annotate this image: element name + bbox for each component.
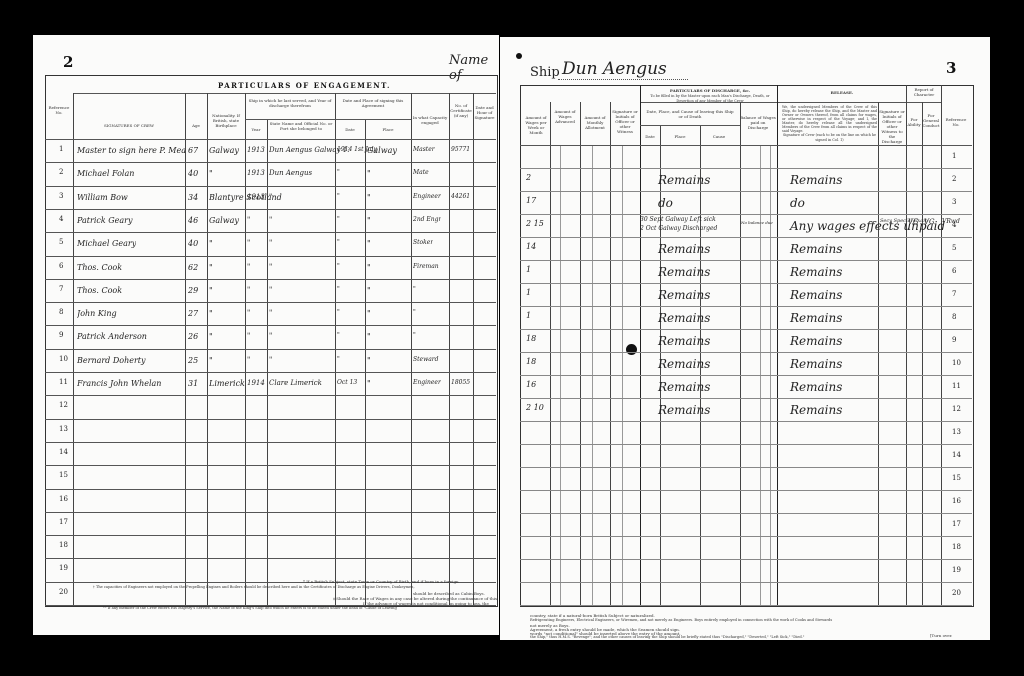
binding-hole (516, 53, 522, 59)
birthplace-value: " (209, 332, 213, 341)
signing-date-value: Oct 13 (337, 379, 357, 386)
footnote-2: † The capacities of Engineers not employ… (93, 585, 415, 590)
row-ref-number: 9 (59, 331, 63, 339)
row-ref-number: 1 (59, 145, 63, 153)
signing-place-value: " (367, 309, 371, 318)
last-ship-value: " (269, 263, 272, 271)
col-certificate-header: No. of Certificate (if any) (449, 103, 473, 118)
row-ref-number: 8 (59, 308, 63, 316)
age-value: 27 (188, 309, 198, 318)
year-value: 1913 (247, 146, 265, 154)
col-age-header: Age (185, 123, 207, 128)
release-status: Remains (790, 265, 842, 279)
release-status: Remains (790, 242, 842, 256)
row-ref-number: 15 (952, 474, 961, 482)
wage-value: 18 (526, 357, 536, 366)
age-value: 62 (188, 263, 198, 272)
row-ref-number: 11 (952, 382, 961, 390)
capacity-value: Fireman (413, 263, 439, 270)
age-value: 40 (188, 239, 198, 248)
release-status: Remains (790, 288, 842, 302)
row-ref-number: 4 (59, 215, 63, 223)
row-ref-number: 10 (952, 359, 961, 367)
col-conduct-header: For General Conduct (922, 113, 940, 128)
crew-signature: Thos. Cook (77, 263, 122, 272)
col-allotment-header: Amount of Monthly Allotment (580, 115, 610, 130)
birthplace-value: " (209, 239, 213, 248)
footnote-1: * If a British Subject, state Town or Co… (303, 579, 459, 584)
capacity-value: Stoker (413, 239, 433, 246)
year-value: " (247, 332, 250, 340)
note-value: VRwd (942, 218, 960, 225)
col-witness-header: Signature or Initials of Officer or othe… (611, 109, 639, 134)
year-value: " (247, 309, 250, 317)
year-value: 1913 (247, 193, 265, 201)
age-value: 67 (188, 146, 198, 155)
release-status: Remains (790, 334, 842, 348)
discharge-status: Remains (658, 242, 710, 256)
col-shipname-header: State Name and Official No. or Port she … (267, 121, 335, 131)
row-ref-number: 12 (59, 401, 68, 409)
capacity-value: Engineer (413, 193, 441, 200)
release-text: We, the undersigned Members of the Crew … (782, 105, 877, 133)
discharge-status: Remains (658, 380, 710, 394)
age-value: 40 (188, 169, 198, 178)
right-page-discharge: Ship Dun Aengus 3 PARTICULARS OF DISCHAR… (500, 37, 990, 640)
row-ref-number: 13 (59, 425, 68, 433)
row-ref-number: 1 (952, 152, 956, 160)
age-value: 34 (188, 193, 198, 202)
last-ship-value: " (269, 356, 272, 364)
section-title-engagement: PARTICULARS OF ENGAGEMENT. (218, 81, 391, 90)
discharge-status: Remains (658, 357, 710, 371)
birthplace-value: " (209, 286, 213, 295)
crew-signature: William Bow (77, 193, 128, 202)
discharge-status: Remains (658, 173, 710, 187)
age-value: 29 (188, 286, 198, 295)
row-ref-number: 7 (59, 285, 63, 293)
birthplace-value: Limerick (209, 379, 245, 388)
last-ship-value: " (269, 286, 272, 294)
discharge-status: Remains (658, 311, 710, 325)
col-date-header: Date (335, 127, 365, 132)
last-ship-value: " (269, 332, 272, 340)
age-value: 46 (188, 216, 198, 225)
page-number-left: 2 (63, 53, 73, 71)
wage-value: 2 (526, 173, 531, 182)
signing-place-value: " (367, 263, 371, 272)
wage-value: 1 (526, 311, 531, 320)
certificate-value: 18055 (451, 379, 470, 386)
col-place-header: Place (365, 127, 411, 132)
row-ref-number: 10 (59, 355, 68, 363)
row-ref-number: 18 (952, 543, 961, 551)
birthplace-value: " (209, 263, 213, 272)
page-number-right: 3 (946, 59, 956, 77)
col-discharge-place-header: Place (660, 134, 700, 139)
col-signatures-header: SIGNATURES OF CREW (73, 123, 185, 128)
crew-signature: Michael Folan (77, 169, 134, 178)
row-ref-number: 6 (952, 267, 956, 275)
left-page-engagement: 2 Name of PARTICULARS OF ENGAGEMENT. Ref… (33, 35, 499, 635)
discharge-status: Remains (658, 403, 710, 417)
wage-value: 2 10 (526, 403, 544, 412)
discharge-status: Remains (658, 265, 710, 279)
row-ref-number: 17 (59, 518, 68, 526)
wage-value: 2 15 (526, 219, 544, 228)
capacity-value: Engineer (413, 379, 441, 386)
row-ref-number: 14 (59, 448, 68, 456)
signing-place-value: " (367, 239, 371, 248)
crew-signature: Michael Geary (77, 239, 136, 248)
release-status: Remains (790, 173, 842, 187)
last-ship-value: " (269, 239, 272, 247)
row-ref-number: 5 (952, 244, 956, 252)
discharge-group-header: Date, Place, and Cause of leaving this S… (645, 109, 735, 119)
last-ship-value: " (269, 309, 272, 317)
row-ref-number: 18 (59, 541, 68, 549)
footnote-r2: Refrigerating Engineers, Electrical Engi… (530, 618, 832, 623)
discharge-line-1: 30 Sept Galway Left sick (640, 216, 716, 223)
discharge-status: do (658, 196, 673, 210)
footnote-r6: the Ship," thus H.M.S. "Revenge"; and th… (530, 635, 804, 640)
release-status: do (790, 196, 805, 210)
crew-signature: John King (77, 309, 117, 318)
row-ref-number: 3 (59, 192, 63, 200)
wage-value: 1 (526, 288, 531, 297)
ship-label: Ship (530, 65, 560, 80)
capacity-value: Steward (413, 356, 439, 363)
age-value: 25 (188, 356, 198, 365)
row-ref-number: 20 (952, 589, 961, 597)
row-ref-number: 15 (59, 471, 68, 479)
last-ship-value: " (269, 193, 272, 201)
crew-signature: Patrick Anderson (77, 332, 147, 341)
report-character-title: Report of Character (907, 87, 941, 97)
signing-date-value: " (337, 263, 340, 270)
conduct-value: VG (924, 218, 935, 226)
certificate-value: 44261 (451, 193, 470, 200)
discharge-status: Remains (658, 288, 710, 302)
signing-place-value: " (367, 356, 371, 365)
col-capacity-header: In what Capacity engaged (411, 115, 449, 125)
last-ship-value: " (269, 216, 272, 224)
col-discharge-cause-header: Cause (700, 134, 738, 139)
signing-date-value: " (337, 216, 340, 223)
wage-value: 1 (526, 265, 531, 274)
year-value: 1914 (247, 379, 265, 387)
row-ref-number: 19 (952, 566, 961, 574)
release-status: Remains (790, 380, 842, 394)
row-ref-number: 13 (952, 428, 961, 436)
year-value: " (247, 263, 250, 271)
year-value: " (247, 286, 250, 294)
birthplace-value: Galway (209, 146, 239, 155)
signing-place-value: " (367, 216, 371, 225)
year-value: " (247, 356, 250, 364)
crew-signature: Thos. Cook (77, 286, 122, 295)
row-ref-number: 20 (59, 588, 68, 596)
col-ability-header: For Ability (906, 117, 922, 127)
certificate-value: 95771 (451, 146, 470, 153)
wage-value: 14 (526, 242, 536, 251)
signing-date-value: " (337, 332, 340, 339)
year-value: 1913 (247, 169, 265, 177)
age-value: 26 (188, 332, 198, 341)
wage-value: 17 (526, 196, 536, 205)
capacity-value: Master (413, 146, 435, 153)
signing-date-value: " (337, 169, 340, 176)
signing-place-value: " (367, 193, 371, 202)
wage-value: 16 (526, 380, 536, 389)
col-signing-group-header: Date and Place of signing this Agreement (335, 98, 411, 108)
signing-date-value: " (337, 309, 340, 316)
row-ref-number: 3 (952, 198, 956, 206)
col-ref-right-header: Reference No. (942, 117, 970, 127)
row-ref-number: 12 (952, 405, 961, 413)
row-ref-number: 5 (59, 238, 63, 246)
col-nationality-header: Nationality. If British, state Birthplac… (207, 113, 245, 128)
capacity-value: Mate (413, 169, 429, 176)
signing-place-value: " (367, 169, 371, 178)
col-balance-header: Balance of Wages paid on Discharge (740, 115, 776, 130)
crew-signature: Francis John Whelan (77, 379, 161, 388)
row-ref-number: 2 (59, 168, 63, 176)
birthplace-value: " (209, 169, 213, 178)
release-status: Remains (790, 311, 842, 325)
birthplace-value: " (209, 309, 213, 318)
signing-place-value: " (367, 286, 371, 295)
capacity-value: " (413, 309, 416, 316)
row-ref-number: 6 (59, 262, 63, 270)
row-ref-number: 16 (952, 497, 961, 505)
capacity-value: 2nd Engr (413, 216, 441, 223)
col-wages-header: Amount of Wages per Week or Month (522, 115, 550, 135)
section-title-discharge: PARTICULARS OF DISCHARGE, &c. (645, 88, 775, 93)
col-ref-header: Reference No. (45, 105, 73, 115)
signing-date-value: " (337, 239, 340, 246)
crew-signature: Master to sign here P. Meagher (77, 146, 185, 155)
signing-place-value: " (367, 332, 371, 341)
row-ref-number: 16 (59, 495, 68, 503)
release-status: Remains (790, 403, 842, 417)
col-lastship-group-header: Ship in which he last served, and Year o… (245, 98, 335, 108)
discharge-status: Remains (658, 334, 710, 348)
year-value: " (247, 216, 250, 224)
release-signature-label: Signature of Crew (each to be on the lin… (782, 133, 877, 143)
balance-value: No balance due (741, 220, 773, 225)
col-witness2-header: Signature or Initials of Officer or othe… (878, 109, 906, 144)
row-ref-number: 14 (952, 451, 961, 459)
crew-signature: Bernard Doherty (77, 356, 146, 365)
row-ref-number: 19 (59, 564, 68, 572)
row-ref-number: 17 (952, 520, 961, 528)
last-ship-value: Clare Limerick (269, 379, 322, 387)
birthplace-value: Galway (209, 216, 239, 225)
witness-value: Secy Special Exam (880, 218, 928, 224)
ability-value: VG (908, 218, 919, 226)
row-ref-number: 7 (952, 290, 956, 298)
birthplace-value: " (209, 356, 213, 365)
crew-signature: Patrick Geary (77, 216, 133, 225)
wage-value: 18 (526, 334, 536, 343)
row-ref-number: 2 (952, 175, 956, 183)
col-hour-header: Date and Hour of Signature (473, 105, 496, 120)
signing-date-value: " (337, 286, 340, 293)
discharge-line-2: 2 Oct Galway Discharged (640, 225, 717, 232)
signing-place-value: Galway (367, 146, 397, 155)
turn-over-label: [Turn over. (930, 633, 952, 638)
ink-blot (626, 344, 637, 355)
year-value: " (247, 239, 250, 247)
release-title: RELEASE. (777, 90, 907, 95)
signing-place-value: " (367, 379, 371, 388)
last-ship-value: Dun Aengus (269, 169, 312, 177)
age-value: 31 (188, 379, 198, 388)
col-discharge-date-header: Date (640, 134, 660, 139)
footnote-6: ** If any member of the Crew enters His … (103, 606, 397, 611)
row-ref-number: 11 (59, 378, 68, 386)
ship-name: Dun Aengus (562, 59, 667, 79)
row-ref-number: 9 (952, 336, 956, 344)
signing-date-value: " (337, 356, 340, 363)
col-year-header: Year (245, 127, 267, 132)
capacity-value: " (413, 332, 416, 339)
col-advance-header: Amount of Wages Advanced (551, 109, 579, 124)
signing-date-value: " (337, 193, 340, 200)
capacity-value: " (413, 286, 416, 293)
release-status: Remains (790, 357, 842, 371)
row-ref-number: 8 (952, 313, 956, 321)
